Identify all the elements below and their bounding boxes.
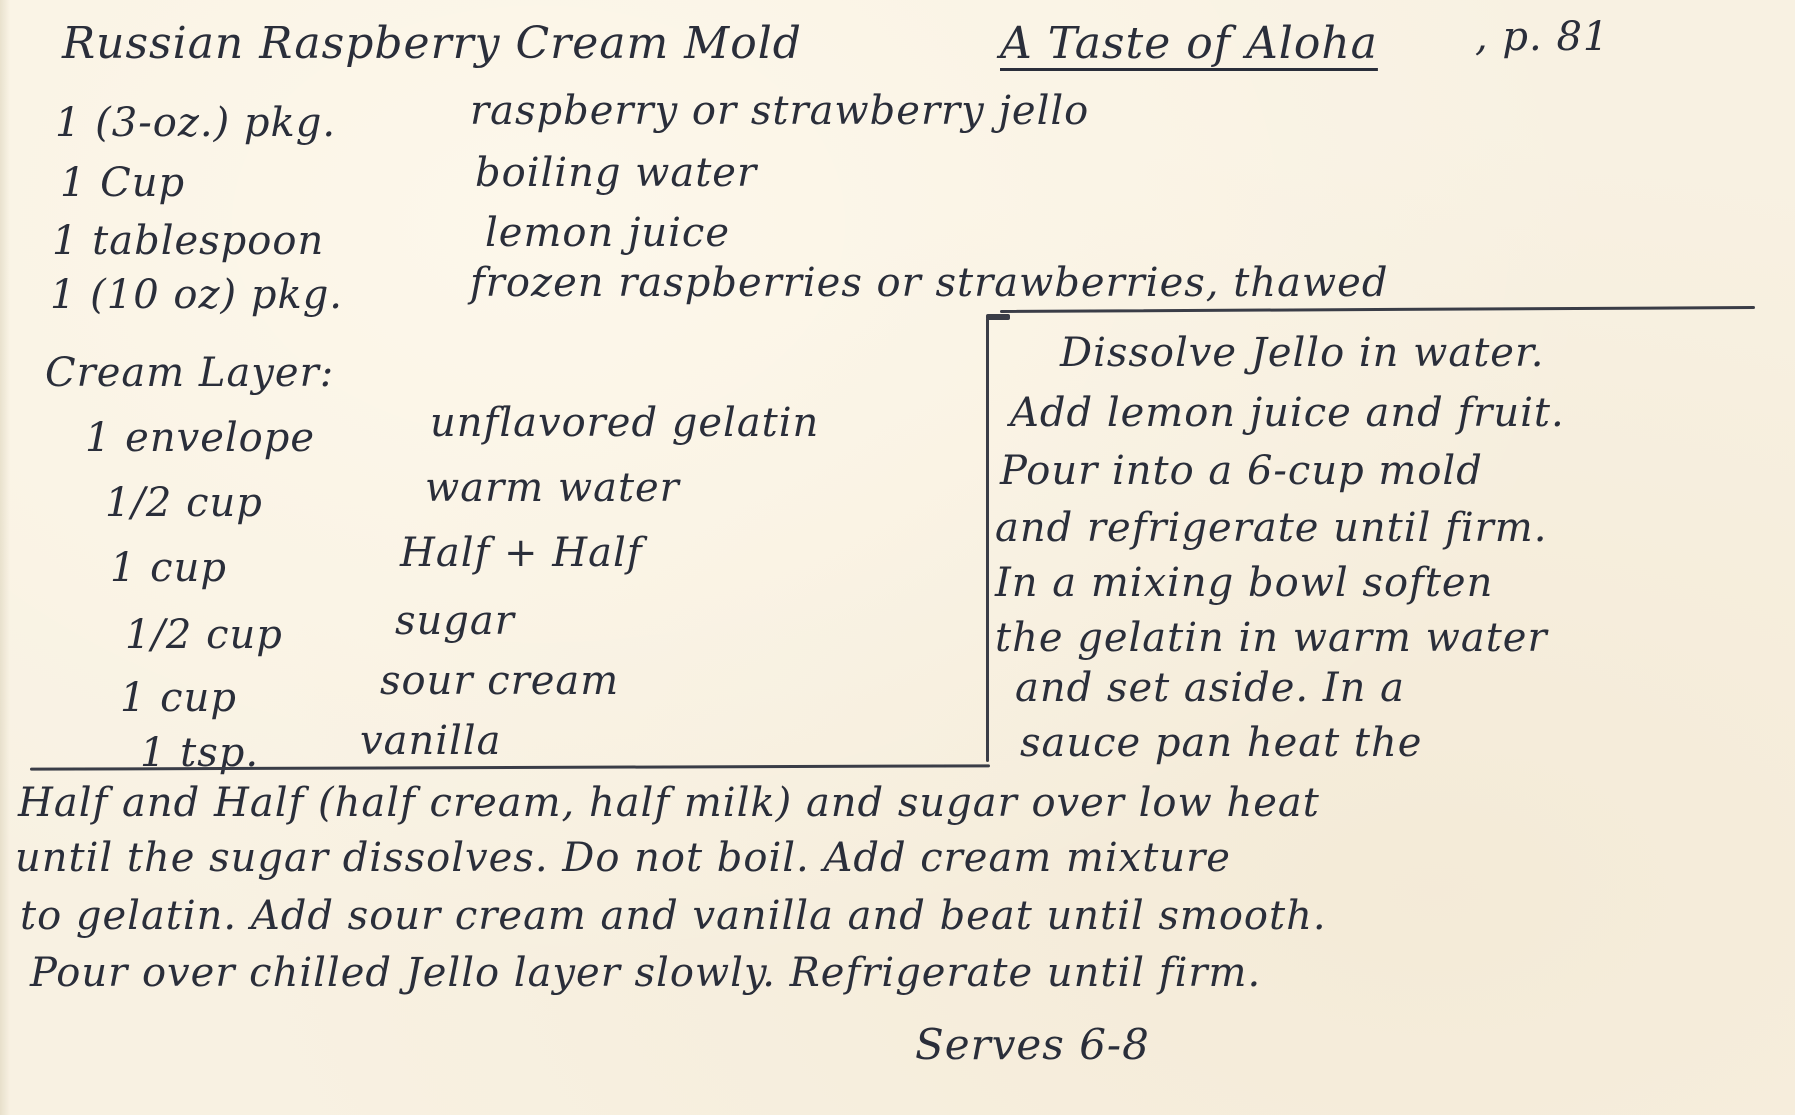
instruction-line: Pour over chilled Jello layer slowly. Re…	[30, 950, 1261, 996]
box-left-rule	[986, 318, 989, 758]
ingredient-item: frozen raspberries or strawberries, thaw…	[470, 260, 1388, 306]
instruction-line: Dissolve Jello in water.	[1060, 330, 1544, 376]
instruction-line: sauce pan heat the	[1020, 720, 1422, 766]
ingredient-quantity: 1 tablespoon	[52, 218, 324, 264]
instruction-line: Half and Half (half cream, half milk) an…	[18, 780, 1320, 826]
recipe-source: A Taste of Aloha	[1000, 18, 1378, 69]
ingredient-item: vanilla	[360, 718, 501, 764]
ingredient-box-right-rule	[986, 740, 989, 762]
ingredient-quantity: 1/2 cup	[105, 480, 263, 526]
instruction-line: and set aside. In a	[1015, 665, 1405, 711]
instruction-line: Add lemon juice and fruit.	[1010, 390, 1565, 436]
ingredient-item: sugar	[395, 598, 515, 644]
ingredient-item: unflavored gelatin	[430, 400, 819, 446]
ingredient-quantity: 1 cup	[120, 675, 237, 721]
ingredient-quantity: 1 cup	[110, 545, 227, 591]
ingredient-item: warm water	[425, 465, 680, 511]
ingredient-quantity: 1 (3-oz.) pkg.	[55, 100, 336, 146]
instruction-line: and refrigerate until firm.	[995, 505, 1547, 551]
ingredient-quantity: 1 Cup	[60, 160, 185, 206]
instruction-line: until the sugar dissolves. Do not boil. …	[15, 835, 1231, 881]
ingredient-item: lemon juice	[485, 210, 730, 256]
ingredient-item: Half + Half	[400, 530, 643, 576]
instruction-line: In a mixing bowl soften	[995, 560, 1493, 606]
recipe-card: Russian Raspberry Cream Mold A Taste of …	[0, 0, 1795, 1115]
ingredient-quantity: 1 (10 oz) pkg.	[50, 272, 343, 318]
ingredient-item: raspberry or strawberry jello	[470, 88, 1089, 134]
box-top-rule	[1000, 306, 1755, 313]
instruction-line: Pour into a 6-cup mold	[1000, 448, 1483, 494]
ingredient-quantity: 1 envelope	[85, 415, 315, 461]
box-corner-mark	[986, 314, 1010, 320]
serves-yield: Serves 6-8	[915, 1020, 1150, 1069]
instruction-line: the gelatin in warm water	[995, 615, 1548, 661]
ingredient-item: boiling water	[475, 150, 757, 196]
ingredient-item: sour cream	[380, 658, 619, 704]
ingredient-quantity: 1/2 cup	[125, 612, 283, 658]
page-reference: , p. 81	[1475, 14, 1609, 60]
cream-layer-heading: Cream Layer:	[45, 350, 334, 396]
recipe-title: Russian Raspberry Cream Mold	[62, 18, 802, 69]
instruction-line: to gelatin. Add sour cream and vanilla a…	[20, 893, 1327, 939]
